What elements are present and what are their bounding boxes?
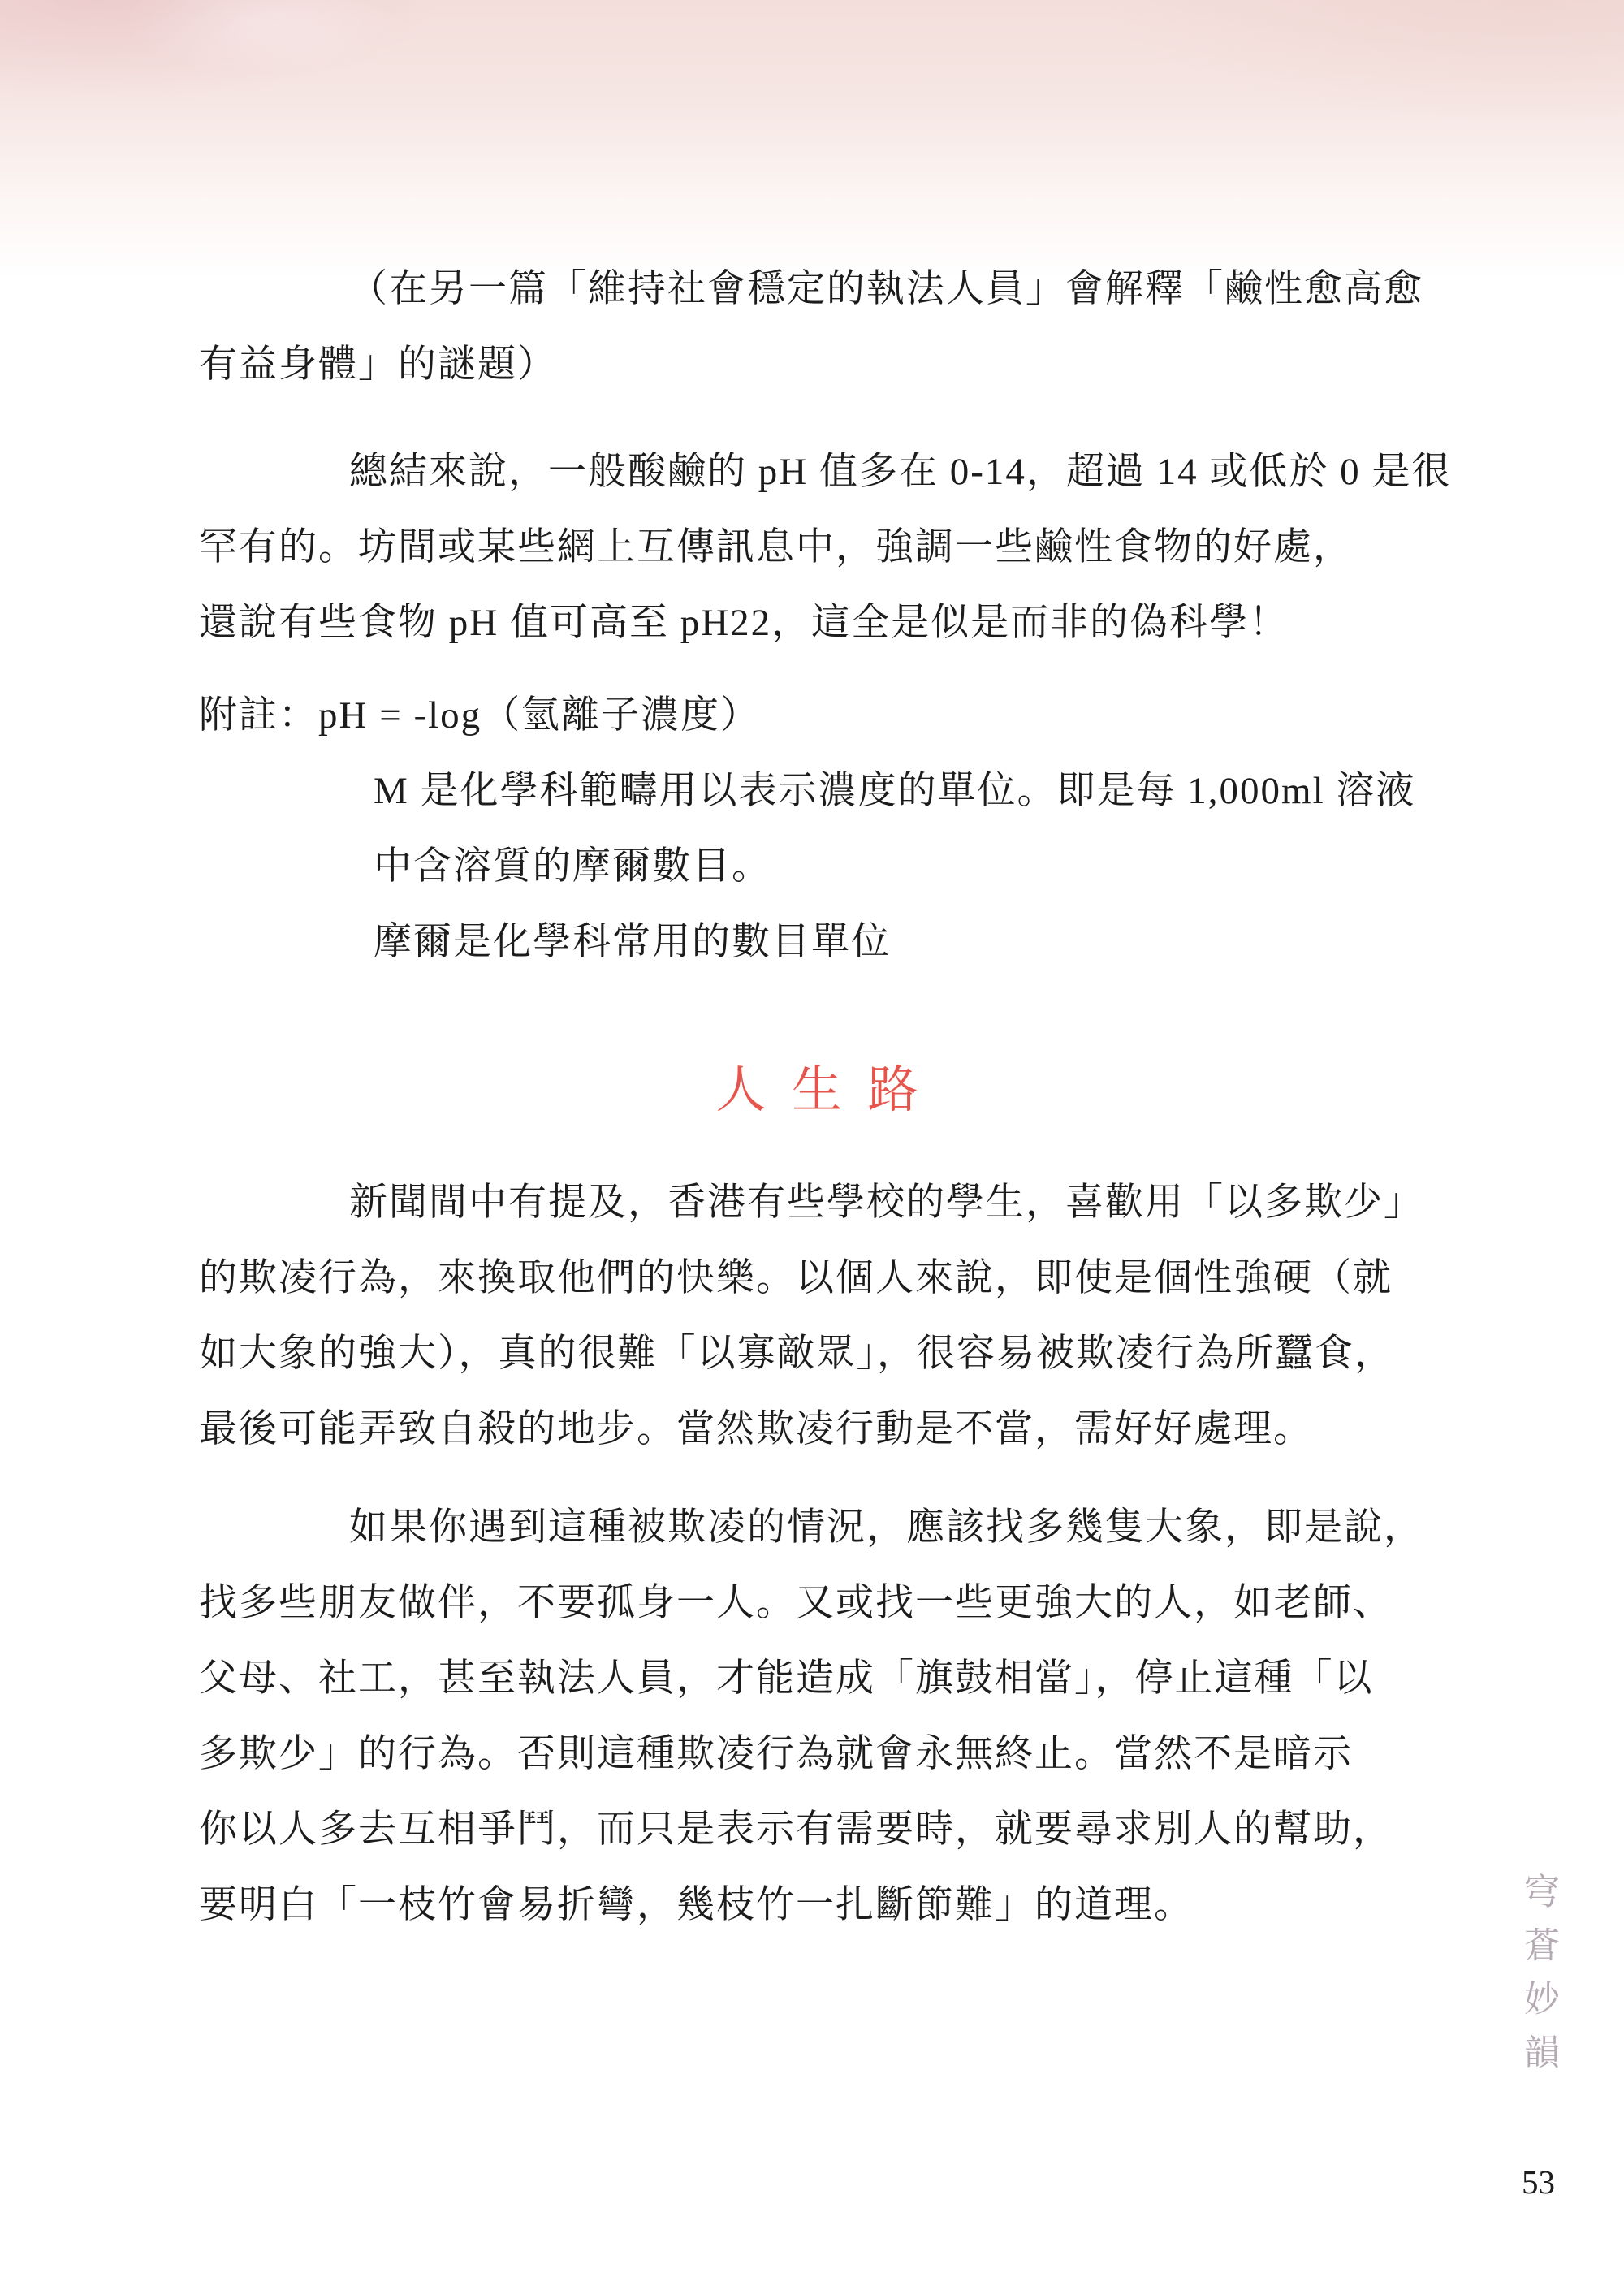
text-line: 摩爾是化學科常用的數目單位: [199, 905, 1441, 980]
text-line: 父母、社工，甚至執法人員，才能造成「旗鼓相當」，停止這種「以: [199, 1641, 1441, 1717]
text-line: 總結來說，一般酸鹼的 pH 值多在 0-14，超過 14 或低於 0 是很: [199, 434, 1441, 510]
intro-note-paragraph: （在另一篇「維持社會穩定的執法人員」會解釋「鹼性愈高愈 有益身體」的謎題）: [199, 252, 1441, 403]
text-line: 多欺少」的行為。否則這種欺凌行為就會永無終止。當然不是暗示: [199, 1717, 1441, 1792]
text-line: （在另一篇「維持社會穩定的執法人員」會解釋「鹼性愈高愈: [199, 252, 1441, 327]
summary-paragraph: 總結來說，一般酸鹼的 pH 值多在 0-14，超過 14 或低於 0 是很 罕有…: [199, 434, 1441, 661]
life-path-paragraph-2: 如果你遇到這種被欺凌的情況，應該找多幾隻大象，即是說， 找多些朋友做伴，不要孤身…: [199, 1490, 1441, 1943]
book-title-vertical: 穹蒼妙韻: [1512, 1873, 1564, 2087]
text-line: 附註：pH = -log（氫離子濃度）: [199, 678, 1441, 754]
text-line: 有益身體」的謎題）: [199, 327, 1441, 403]
life-path-paragraph-1: 新聞間中有提及，香港有些學校的學生，喜歡用「以多欺少」 的欺凌行為，來換取他們的…: [199, 1165, 1441, 1467]
text-line: 新聞間中有提及，香港有些學校的學生，喜歡用「以多欺少」: [199, 1165, 1441, 1241]
section-heading: 人 生 路: [199, 1050, 1441, 1131]
text-line: M 是化學科範疇用以表示濃度的單位。即是每 1,000ml 溶液: [199, 754, 1441, 829]
page-top-gradient: [0, 0, 1624, 280]
text-line: 中含溶質的摩爾數目。: [199, 829, 1441, 905]
text-line: 的欺凌行為，來換取他們的快樂。以個人來說，即使是個性強硬（就: [199, 1241, 1441, 1316]
text-line: 罕有的。坊間或某些網上互傳訊息中，強調一些鹼性食物的好處，: [199, 510, 1441, 586]
text-line: 如果你遇到這種被欺凌的情況，應該找多幾隻大象，即是說，: [199, 1490, 1441, 1566]
text-line: 最後可能弄致自殺的地步。當然欺凌行動是不當，需好好處理。: [199, 1392, 1441, 1467]
page-number: 53: [1522, 2162, 1555, 2202]
text-line: 如大象的強大），真的很難「以寡敵眾」，很容易被欺凌行為所蠶食，: [199, 1316, 1441, 1392]
text-line: 找多些朋友做伴，不要孤身一人。又或找一些更強大的人，如老師、: [199, 1566, 1441, 1641]
book-page: （在另一篇「維持社會穩定的執法人員」會解釋「鹼性愈高愈 有益身體」的謎題） 總結…: [0, 0, 1624, 2273]
text-line: 要明白「一枝竹會易折彎，幾枝竹一扎斷節難」的道理。: [199, 1868, 1441, 1943]
footnote-block: 附註：pH = -log（氫離子濃度） M 是化學科範疇用以表示濃度的單位。即是…: [199, 678, 1441, 980]
text-line: 還說有些食物 pH 值可高至 pH22，這全是似是而非的偽科學！: [199, 586, 1441, 661]
text-line: 你以人多去互相爭鬥，而只是表示有需要時，就要尋求別人的幫助，: [199, 1792, 1441, 1868]
